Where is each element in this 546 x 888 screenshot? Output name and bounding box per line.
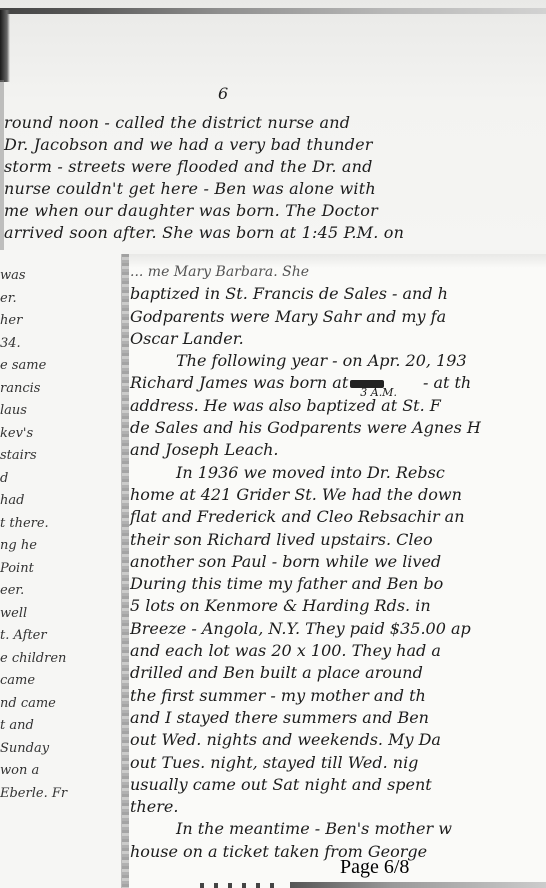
fragment-line: eer. (0, 583, 24, 598)
line-text: In 1936 we moved into Dr. Rebsc (176, 463, 445, 482)
line-text: out Tues. night, stayed till Wed. nig (130, 753, 418, 772)
fragment-line: well (0, 606, 27, 621)
text-line: During this time my father and Ben bo (130, 573, 546, 595)
text-line: home at 421 Grider St. We had the down (130, 484, 546, 506)
line-text: there. (130, 797, 178, 816)
fragment-line: laus (0, 403, 27, 418)
overlay-page-text: ... me Mary Barbara. Shebaptized in St. … (130, 261, 546, 863)
text-line: ... me Mary Barbara. She (130, 261, 546, 283)
handwritten-correction: 3 A.M. (360, 386, 397, 399)
text-line: and each lot was 20 x 100. They had a (130, 640, 546, 662)
fragment-line: d (0, 471, 8, 486)
next-page-edge (290, 882, 546, 888)
text-line: Breeze - Angola, N.Y. They paid $35.00 a… (130, 618, 546, 640)
fragment-line: e same (0, 358, 46, 373)
line-text-continued: - at th (423, 373, 471, 392)
next-page-edge-marks (200, 883, 280, 888)
fragment-line: Point (0, 561, 34, 576)
line-text: another son Paul - born while we lived (130, 552, 441, 571)
fragment-line: t. After (0, 628, 47, 643)
fragment-line: ng he (0, 538, 37, 553)
line-text: baptized in St. Francis de Sales - and h (130, 284, 448, 303)
text-line: Godparents were Mary Sahr and my fa (130, 306, 546, 328)
text-line: round noon - called the district nurse a… (4, 112, 544, 134)
top-page-scan: 6 round noon - called the district nurse… (0, 0, 546, 250)
line-text: usually came out Sat night and spent (130, 775, 432, 794)
fragment-line: won a (0, 763, 39, 778)
handwritten-page-number: 6 (218, 84, 228, 103)
line-text: Breeze - Angola, N.Y. They paid $35.00 a… (130, 619, 471, 638)
scan-left-shadow (0, 10, 10, 82)
overlay-page-scan: ... me Mary Barbara. Shebaptized in St. … (122, 254, 546, 888)
line-text: drilled and Ben built a place around (130, 663, 423, 682)
line-text: Godparents were Mary Sahr and my fa (130, 307, 446, 326)
text-line: usually came out Sat night and spent (130, 774, 546, 796)
line-text: flat and Frederick and Cleo Rebsachir an (130, 507, 465, 526)
line-text: their son Richard lived upstairs. Cleo (130, 530, 433, 549)
text-line: baptized in St. Francis de Sales - and h (130, 283, 546, 305)
fragment-line: Sunday (0, 741, 49, 756)
fragment-line: 34. (0, 336, 21, 351)
text-line: storm - streets were flooded and the Dr.… (4, 156, 544, 178)
line-text: and I stayed there summers and Ben (130, 708, 429, 727)
fragment-line: came (0, 673, 35, 688)
text-line: Oscar Lander. (130, 328, 546, 350)
fragment-line: Eberle. Fr (0, 786, 67, 801)
text-line: house on a ticket taken from George (130, 841, 546, 863)
overlay-binding-edge (122, 254, 129, 888)
line-text: Oscar Lander. (130, 329, 244, 348)
fragment-line: rancis (0, 381, 40, 396)
text-line: The following year - on Apr. 20, 193 (130, 350, 546, 372)
text-line: 5 lots on Kenmore & Harding Rds. in (130, 595, 546, 617)
line-text: out Wed. nights and weekends. My Da (130, 730, 441, 749)
line-text: home at 421 Grider St. We had the down (130, 485, 462, 504)
text-line: out Wed. nights and weekends. My Da (130, 729, 546, 751)
line-text: During this time my father and Ben bo (130, 574, 443, 593)
line-text: ... me Mary Barbara. She (130, 264, 309, 280)
text-line: drilled and Ben built a place around (130, 662, 546, 684)
fragment-line: er. (0, 291, 17, 306)
text-line: Richard James was born at3 A.M.- at th (130, 372, 546, 394)
text-line: flat and Frederick and Cleo Rebsachir an (130, 506, 546, 528)
text-line: address. He was also baptized at St. F (130, 395, 546, 417)
text-line: and I stayed there summers and Ben (130, 707, 546, 729)
text-line: there. (130, 796, 546, 818)
fragment-line: stairs (0, 448, 37, 463)
fragment-line: t there. (0, 516, 49, 531)
fragment-line: e children (0, 651, 66, 666)
line-text: de Sales and his Godparents were Agnes H (130, 418, 481, 437)
fragment-line: kev's (0, 426, 33, 441)
line-text: 5 lots on Kenmore & Harding Rds. in (130, 596, 431, 615)
text-line: nurse couldn't get here - Ben was alone … (4, 178, 544, 200)
text-line: the first summer - my mother and th (130, 685, 546, 707)
text-line: arrived soon after. She was born at 1:45… (4, 222, 544, 244)
text-line: out Tues. night, stayed till Wed. nig (130, 752, 546, 774)
scan-top-edge (0, 8, 546, 14)
line-text: Richard James was born at (130, 373, 348, 392)
text-line: and Joseph Leach. (130, 439, 546, 461)
text-line: another son Paul - born while we lived (130, 551, 546, 573)
left-page-fragment: waser.her34.e samerancislauskev'sstairsd… (0, 250, 122, 888)
line-text: The following year - on Apr. 20, 193 (176, 351, 467, 370)
text-line: Dr. Jacobson and we had a very bad thund… (4, 134, 544, 156)
fragment-line: her (0, 313, 22, 328)
text-line: me when our daughter was born. The Docto… (4, 200, 544, 222)
line-text: In the meantime - Ben's mother w (176, 819, 452, 838)
text-line: In 1936 we moved into Dr. Rebsc (130, 462, 546, 484)
fragment-line: nd came (0, 696, 56, 711)
text-line: de Sales and his Godparents were Agnes H (130, 417, 546, 439)
top-page-text: round noon - called the district nurse a… (4, 112, 544, 244)
line-text: the first summer - my mother and th (130, 686, 426, 705)
text-line: In the meantime - Ben's mother w (130, 818, 546, 840)
page-indicator: Page 6/8 (340, 856, 409, 879)
fragment-line: was (0, 268, 26, 283)
fragment-line: had (0, 493, 24, 508)
line-text: and Joseph Leach. (130, 440, 279, 459)
line-text: and each lot was 20 x 100. They had a (130, 641, 441, 660)
fragment-line: t and (0, 718, 34, 733)
text-line: their son Richard lived upstairs. Cleo (130, 529, 546, 551)
